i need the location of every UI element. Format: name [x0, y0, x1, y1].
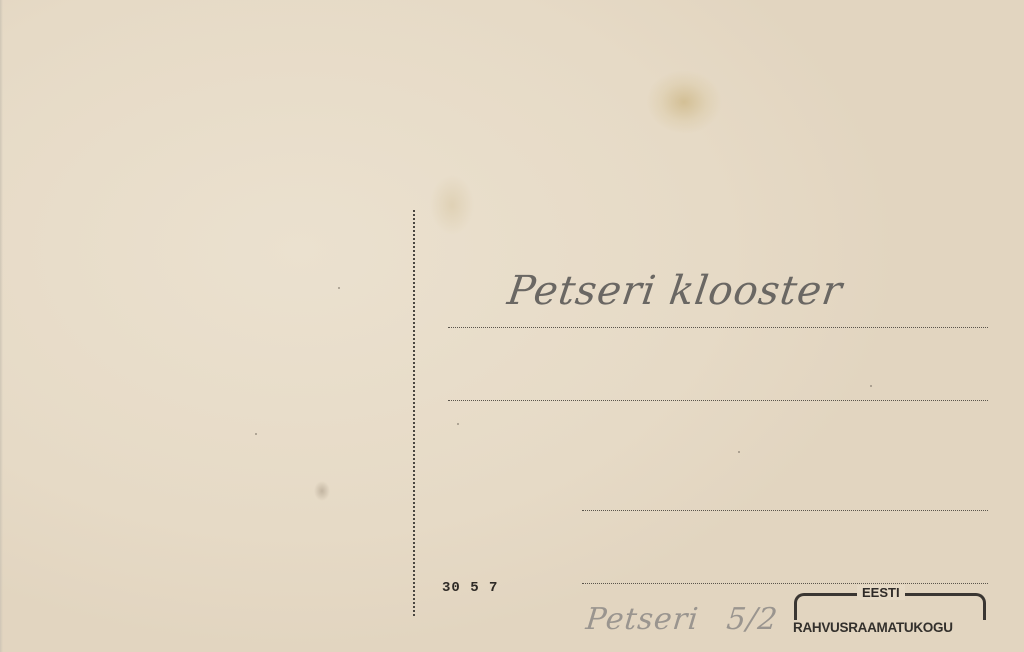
stamp-top-text: EESTI [857, 585, 905, 600]
handwritten-place: Petseri [584, 602, 700, 637]
handwritten-title: Petseri klooster [505, 268, 846, 314]
address-line-4 [582, 583, 988, 584]
printed-catalog-number: 30 5 7 [442, 580, 498, 596]
postcard-back: Petseri klooster 30 5 7 Petseri5/2 EESTI… [0, 0, 1024, 652]
address-line-2 [448, 400, 988, 401]
paper-speck [255, 433, 257, 435]
address-line-1 [448, 327, 988, 328]
paper-speck [870, 385, 872, 387]
vertical-dotted-divider [413, 210, 415, 616]
stamp-bottom-text: RAHVUSRAAMATUKOGU [793, 620, 985, 635]
handwritten-number: 5/2 [725, 602, 780, 637]
paper-speck [338, 287, 340, 289]
card-edge [0, 0, 3, 652]
library-stamp: EESTI RAHVUSRAAMATUKOGU [793, 588, 983, 640]
paper-speck [738, 451, 740, 453]
handwritten-bottom-note: Petseri5/2 [584, 602, 780, 637]
paper-speck [457, 423, 459, 425]
address-line-3 [582, 510, 988, 511]
